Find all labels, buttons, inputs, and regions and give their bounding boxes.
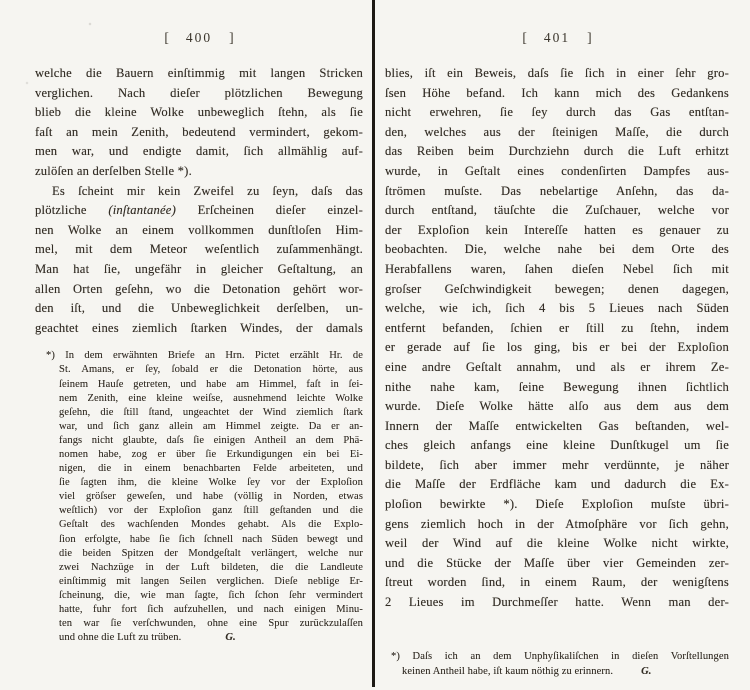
footnote-line: viel gröſser geweſen, und habe (völlig i… (59, 490, 363, 504)
page-number-right: [401] (385, 30, 729, 52)
main-text-left: welche die Bauern einſtimmig mit langen … (35, 64, 363, 338)
line-fragment: keinen Antheil habe, iſt kaum nöthig zu … (402, 666, 613, 677)
text-line: weil der Wind auf die kleine Wolke nicht… (385, 534, 729, 554)
footnote-line: zwei Nachzüge in der Luft bildeten, die … (59, 561, 363, 575)
footnote-line: *) In dem erwähnten Briefe an Hrn. Picte… (46, 349, 363, 363)
text-line: men war, und endigte damit, ſich allmähl… (35, 142, 363, 162)
footnote-line: hatte, fuhr fort ſich aufzuhellen, und n… (59, 603, 363, 617)
text-line: welche, wie ich, ſich 4 bis 5 Lieues nac… (385, 299, 729, 319)
text-line: den iſt, und die Unbeweglichkeit derſelb… (35, 299, 363, 319)
page-number: 401 (544, 30, 570, 45)
text-line: faſt an mein Zenith, bedeutend verminder… (35, 123, 363, 143)
text-line: die Maſſe der Erdfläche kam und dadurch … (385, 475, 729, 495)
footnote-line: fangs nicht glaubte, daſs ſie einigen An… (59, 434, 363, 448)
text-line: eine andre Geſtalt annahm, und als er ih… (385, 358, 729, 378)
page-number: 400 (186, 30, 212, 45)
text-line: ſtrömen muſste. Das nebelartige Anſehn, … (385, 182, 729, 202)
column-divider-line (372, 0, 375, 687)
bracket-close: ] (229, 30, 234, 45)
text-line: ſtreut worden ſind, in einem Raum, der w… (385, 573, 729, 593)
page-number-left: [400] (35, 30, 363, 52)
page-left: [400] welche die Bauern einſtimmig mit l… (35, 30, 363, 645)
journal-scan: [400] welche die Bauern einſtimmig mit l… (0, 0, 750, 690)
footnote-line: St. Amans, er ſey, ſobald er die Detonat… (59, 363, 363, 377)
footnote-line: *) Daſs ich an dem Unphyſikaliſchen in d… (391, 649, 729, 664)
text-line: 2 Lieues im Durchmeſſer hatte. Wenn man … (385, 593, 729, 613)
text-line: wurde, in Geſtalt eines condenſirten Dam… (385, 162, 729, 182)
text-line: und die Stücke der Maſſe über vier Gemei… (385, 554, 729, 574)
text-line: geachtet eines ziemlich ſtarken Windes, … (35, 319, 363, 339)
text-line: nithe nahe kam, ſeine Bewegung ihnen ſic… (385, 378, 729, 398)
text-line: ſsen Höhe befand. Ich kann mich des Geda… (385, 84, 729, 104)
footnote-line: nigen, die in einem benachbarten Felde a… (59, 462, 363, 476)
text-line: durch entſtand, täuſchte die Zuſchauer, … (385, 201, 729, 221)
text-line: nen Wolke an einem vollkommen dunſtloſen… (35, 221, 363, 241)
text-line: Herabfallens waren, ſahen dieſen Nebel ſ… (385, 260, 729, 280)
footnote-line: nomen habe, zog er über ſie Erkundigunge… (59, 448, 363, 462)
text-line: wurde. Dieſe Wolke hätte alſo aus dem au… (385, 397, 729, 417)
text-line: blieb die kleine Wolke unbeweglich ſtehn… (35, 103, 363, 123)
text-line: Man hat ſie, ungefähr in gleicher Geſtal… (35, 260, 363, 280)
text-line: entfernt befanden, ſchien er ſtill zu ſt… (385, 319, 729, 339)
bracket-open: [ (164, 30, 169, 45)
italic-phrase: (inſtantanée) (108, 203, 176, 217)
footnote-signature: G. (225, 632, 235, 643)
bracket-close: ] (587, 30, 592, 45)
paragraph-end-line: zulöſen an derſelben Stelle *). (35, 162, 363, 182)
line-fragment: Erſcheinen dieſer einzel- (176, 203, 363, 217)
text-line: blies, iſt ein Beweis, daſs ſie ſich in … (385, 64, 729, 84)
footnote-line: einſtimmig mit langen Seilen verglichen.… (59, 575, 363, 589)
footnote-left: *) In dem erwähnten Briefe an Hrn. Picte… (35, 349, 363, 645)
text-line: mel, mit dem Meteor weſentlich zuſammenh… (35, 240, 363, 260)
line-fragment: und ohne die Luft zu trüben. (59, 632, 181, 643)
footnote-last-line: keinen Antheil habe, iſt kaum nöthig zu … (402, 664, 729, 679)
text-line: er gerade auf ſie los ging, bis er bei d… (385, 338, 729, 358)
footnote-last-line: und ohne die Luft zu trüben.G. (59, 631, 363, 645)
footnote-line: ten war ſie verſchwunden, ohne eine Spur… (59, 617, 363, 631)
text-line: beobachten. Die, welche nahe bei dem Ort… (385, 240, 729, 260)
footnote-signature: G. (641, 666, 651, 677)
page-right: [401] blies, iſt ein Beweis, daſs ſie ſi… (385, 30, 729, 679)
text-line: groſser Geſchwindigkeit bewegen; denen d… (385, 280, 729, 300)
footnote-line: ſion erfolgte, habe ſie ſich ſchnell nac… (59, 533, 363, 547)
footnote-line: ſeinem Hauſe getreten, und habe am Himme… (59, 378, 363, 392)
footnote-line: Geſtalt des wachſenden Mondes gehabt. Al… (59, 518, 363, 532)
text-line: der Exploſion kein Intereſſe hatten es g… (385, 221, 729, 241)
main-text-right: blies, iſt ein Beweis, daſs ſie ſich in … (385, 64, 729, 613)
line-fragment: plötzliche (35, 203, 108, 217)
footnote-line: war, und ſich ganz allein am Himmel zeig… (59, 420, 363, 434)
footnote-line: ſie ſagten ihm, die kleine Wolke ſey vor… (59, 476, 363, 490)
text-line: gens ziemlich hoch in der Atmoſphäre vor… (385, 515, 729, 535)
bracket-open: [ (522, 30, 527, 45)
footnote-line: geſehn, die ſtill ſtand, ungeachtet der … (59, 406, 363, 420)
text-line: allen Orten geſehn, wo die Detonation ge… (35, 280, 363, 300)
footnote-right: *) Daſs ich an dem Unphyſikaliſchen in d… (385, 649, 729, 679)
footnote-line: nem Zenith, eine kleine weiſse, ausnehme… (59, 392, 363, 406)
text-line: das Reiben beim Durchziehn durch die Luf… (385, 142, 729, 162)
text-line: bildete, ſich aber immer mehr verdünnte,… (385, 456, 729, 476)
footnote-line: weſtlich) vor der Exploſion ganz ſtill g… (59, 504, 363, 518)
text-line: den, welches aus der ſteinigen Maſſe, di… (385, 123, 729, 143)
text-line: verglichen. Nach dieſer plötzlichen Bewe… (35, 84, 363, 104)
text-line: nicht erwehren, ſie ſey durch das Gas en… (385, 103, 729, 123)
text-line: ploſion bewirkte *). Dieſe Exploſion muſ… (385, 495, 729, 515)
text-line: ches gleich anfangs eine kleine Dunſtkug… (385, 436, 729, 456)
footnote-line: ſcheinung, die, wie man ſagte, ſich ſcho… (59, 589, 363, 603)
text-line: plötzliche (inſtantanée) Erſcheinen dieſ… (35, 201, 363, 221)
paragraph-start-line: Es ſcheint mir kein Zweifel zu ſeyn, daſ… (35, 182, 363, 202)
text-line: Innern der Maſſe entwickelten Gas beſtan… (385, 417, 729, 437)
text-line: welche die Bauern einſtimmig mit langen … (35, 64, 363, 84)
footnote-line: die beiden Spitzen der Mondgeſtalt verlä… (59, 547, 363, 561)
